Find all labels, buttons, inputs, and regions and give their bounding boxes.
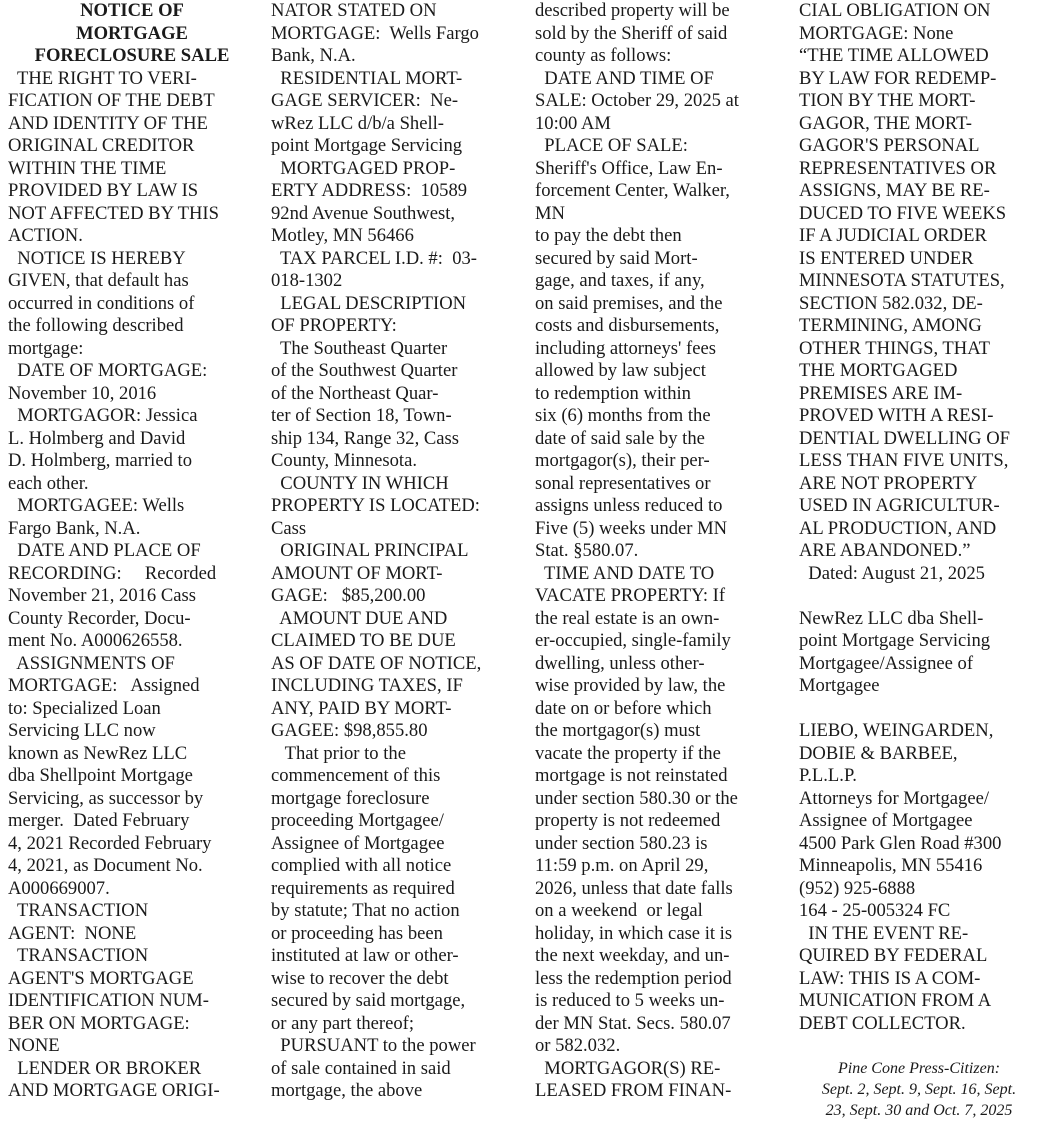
text-line: P.L.L.P.: [799, 765, 1039, 788]
text-line: known as NewRez LLC: [8, 743, 256, 766]
text-line: AGENT'S MORTGAGE: [8, 968, 256, 991]
text-line: ASSIGNMENTS OF: [8, 653, 256, 676]
text-line: Five (5) weeks under MN: [535, 518, 785, 541]
text-line: That prior to the: [271, 743, 521, 766]
text-line: QUIRED BY FEDERAL: [799, 945, 1039, 968]
text-line: 4, 2021, as Document No.: [8, 855, 256, 878]
text-line: Mortgagee: [799, 675, 1039, 698]
text-line: sold by the Sheriff of said: [535, 23, 785, 46]
text-line: RECORDING: Recorded: [8, 563, 256, 586]
text-line: NONE: [8, 1035, 256, 1058]
text-line: IDENTIFICATION NUM-: [8, 990, 256, 1013]
text-line: LEASED FROM FINAN-: [535, 1080, 785, 1103]
text-line: LESS THAN FIVE UNITS,: [799, 450, 1039, 473]
text-line: PLACE OF SALE:: [535, 135, 785, 158]
text-line: occurred in conditions of: [8, 293, 256, 316]
text-line: NOT AFFECTED BY THIS: [8, 203, 256, 226]
text-line: Minneapolis, MN 55416: [799, 855, 1039, 878]
text-line: ment No. A000626558.: [8, 630, 256, 653]
text-line: Dated: August 21, 2025: [799, 563, 1039, 586]
text-line: November 10, 2016: [8, 383, 256, 406]
text-line: CLAIMED TO BE DUE: [271, 630, 521, 653]
text-line: dwelling, unless other-: [535, 653, 785, 676]
text-line: property is not redeemed: [535, 810, 785, 833]
text-line: of sale contained in said: [271, 1058, 521, 1081]
text-line: including attorneys' fees: [535, 338, 785, 361]
text-line: TIME AND DATE TO: [535, 563, 785, 586]
text-line: TAX PARCEL I.D. #: 03-: [271, 248, 521, 271]
text-line: dba Shellpoint Mortgage: [8, 765, 256, 788]
text-line: DATE OF MORTGAGE:: [8, 360, 256, 383]
text-line: or proceeding has been: [271, 923, 521, 946]
text-line: DOBIE & BARBEE,: [799, 743, 1039, 766]
text-line: 11:59 p.m. on April 29,: [535, 855, 785, 878]
text-line: wRez LLC d/b/a Shell-: [271, 113, 521, 136]
text-line: GAGOR'S PERSONAL: [799, 135, 1039, 158]
text-line: 164 - 25-005324 FC: [799, 900, 1039, 923]
text-line: costs and disbursements,: [535, 315, 785, 338]
text-line: MORTGAGED PROP-: [271, 158, 521, 181]
text-line: mortgage is not reinstated: [535, 765, 785, 788]
column-2-text: NATOR STATED ONMORTGAGE: Wells FargoBank…: [271, 0, 521, 1103]
text-line: secured by said Mort-: [535, 248, 785, 271]
text-line: GAGOR, THE MORT-: [799, 113, 1039, 136]
title-line: MORTGAGE: [8, 23, 256, 46]
text-line: on a weekend or legal: [535, 900, 785, 923]
text-line: TERMINING, AMONG: [799, 315, 1039, 338]
text-line: BER ON MORTGAGE:: [8, 1013, 256, 1036]
text-line: point Mortgage Servicing: [271, 135, 521, 158]
text-line: ARE NOT PROPERTY: [799, 473, 1039, 496]
text-line: Fargo Bank, N.A.: [8, 518, 256, 541]
text-line: IF A JUDICIAL ORDER: [799, 225, 1039, 248]
text-line: to: Specialized Loan: [8, 698, 256, 721]
text-line: DATE AND PLACE OF: [8, 540, 256, 563]
text-line: of the Southwest Quarter: [271, 360, 521, 383]
text-line: the mortgagor(s) must: [535, 720, 785, 743]
text-line: FICATION OF THE DEBT: [8, 90, 256, 113]
text-line: sonal representatives or: [535, 473, 785, 496]
text-line: mortgage:: [8, 338, 256, 361]
text-line: WITHIN THE TIME: [8, 158, 256, 181]
text-line: MORTGAGEE: Wells: [8, 495, 256, 518]
text-line: assigns unless reduced to: [535, 495, 785, 518]
text-line: GAGE SERVICER: Ne-: [271, 90, 521, 113]
text-line: six (6) months from the: [535, 405, 785, 428]
text-line: LAW: THIS IS A COM-: [799, 968, 1039, 991]
text-line: under section 580.30 or the: [535, 788, 785, 811]
text-line: TRANSACTION: [8, 945, 256, 968]
text-line: TION BY THE MORT-: [799, 90, 1039, 113]
text-line: INCLUDING TAXES, IF: [271, 675, 521, 698]
text-line: Stat. §580.07.: [535, 540, 785, 563]
text-line: Servicing LLC now: [8, 720, 256, 743]
text-line: AND IDENTITY OF THE: [8, 113, 256, 136]
text-line: date of said sale by the: [535, 428, 785, 451]
text-line: vacate the property if the: [535, 743, 785, 766]
publication-line: Sept. 2, Sept. 9, Sept. 16, Sept.: [799, 1079, 1039, 1100]
text-line: Mortgagee/Assignee of: [799, 653, 1039, 676]
text-line: wise provided by law, the: [535, 675, 785, 698]
text-line: the real estate is an own-: [535, 608, 785, 631]
text-line: County Recorder, Docu-: [8, 608, 256, 631]
text-line: GAGE: $85,200.00: [271, 585, 521, 608]
text-line: 4, 2021 Recorded February: [8, 833, 256, 856]
text-line: Assignee of Mortgagee: [271, 833, 521, 856]
text-line: SECTION 582.032, DE-: [799, 293, 1039, 316]
text-line: commencement of this: [271, 765, 521, 788]
text-line: ORIGINAL CREDITOR: [8, 135, 256, 158]
text-line: MUNICATION FROM A: [799, 990, 1039, 1013]
text-line: LEGAL DESCRIPTION: [271, 293, 521, 316]
text-line: ship 134, Range 32, Cass: [271, 428, 521, 451]
text-line: merger. Dated February: [8, 810, 256, 833]
text-line: AMOUNT DUE AND: [271, 608, 521, 631]
text-line: THE MORTGAGED: [799, 360, 1039, 383]
text-line: gage, and taxes, if any,: [535, 270, 785, 293]
text-line: [799, 585, 1039, 608]
text-line: holiday, in which case it is: [535, 923, 785, 946]
text-line: TRANSACTION: [8, 900, 256, 923]
text-line: AS OF DATE OF NOTICE,: [271, 653, 521, 676]
text-line: NewRez LLC dba Shell-: [799, 608, 1039, 631]
text-line: NOTICE IS HEREBY: [8, 248, 256, 271]
text-line: ARE ABANDONED.”: [799, 540, 1039, 563]
text-line: or 582.032.: [535, 1035, 785, 1058]
text-line: county as follows:: [535, 45, 785, 68]
text-line: COUNTY IN WHICH: [271, 473, 521, 496]
text-line: LIEBO, WEINGARDEN,: [799, 720, 1039, 743]
text-line: GAGEE: $98,855.80: [271, 720, 521, 743]
text-line: 2026, unless that date falls: [535, 878, 785, 901]
title-line: FORECLOSURE SALE: [8, 45, 256, 68]
text-line: wise to recover the debt: [271, 968, 521, 991]
text-line: the next weekday, and un-: [535, 945, 785, 968]
text-line: forcement Center, Walker,: [535, 180, 785, 203]
text-line: to redemption within: [535, 383, 785, 406]
text-line: PROVIDED BY LAW IS: [8, 180, 256, 203]
text-line: DEBT COLLECTOR.: [799, 1013, 1039, 1036]
text-line: RESIDENTIAL MORT-: [271, 68, 521, 91]
text-line: Assignee of Mortgagee: [799, 810, 1039, 833]
text-line: by statute; That no action: [271, 900, 521, 923]
text-line: 92nd Avenue Southwest,: [271, 203, 521, 226]
text-line: (952) 925-6888: [799, 878, 1039, 901]
text-line: OTHER THINGS, THAT: [799, 338, 1039, 361]
text-line: ter of Section 18, Town-: [271, 405, 521, 428]
publication-line: Pine Cone Press-Citizen:: [799, 1058, 1039, 1079]
text-line: MORTGAGOR: Jessica: [8, 405, 256, 428]
text-line: [799, 698, 1039, 721]
text-line: PREMISES ARE IM-: [799, 383, 1039, 406]
text-line: under section 580.23 is: [535, 833, 785, 856]
text-line: LENDER OR BROKER: [8, 1058, 256, 1081]
column-3: described property will besold by the Sh…: [535, 0, 785, 1103]
text-line: “THE TIME ALLOWED: [799, 45, 1039, 68]
text-line: NATOR STATED ON: [271, 0, 521, 23]
text-line: SALE: October 29, 2025 at: [535, 90, 785, 113]
text-line: GIVEN, that default has: [8, 270, 256, 293]
text-line: A000669007.: [8, 878, 256, 901]
text-line: Sheriff's Office, Law En-: [535, 158, 785, 181]
legal-notice-page: NOTICE OF MORTGAGE FORECLOSURE SALE THE …: [0, 0, 1044, 1127]
text-line: AL PRODUCTION, AND: [799, 518, 1039, 541]
text-line: D. Holmberg, married to: [8, 450, 256, 473]
text-line: each other.: [8, 473, 256, 496]
text-line: Bank, N.A.: [271, 45, 521, 68]
text-line: MORTGAGE: Assigned: [8, 675, 256, 698]
text-line: on said premises, and the: [535, 293, 785, 316]
text-line: the following described: [8, 315, 256, 338]
text-line: DENTIAL DWELLING OF: [799, 428, 1039, 451]
text-line: mortgage foreclosure: [271, 788, 521, 811]
column-1-text: THE RIGHT TO VERI-FICATION OF THE DEBTAN…: [8, 68, 256, 1103]
text-line: mortgagor(s), their per-: [535, 450, 785, 473]
text-line: L. Holmberg and David: [8, 428, 256, 451]
text-line: MORTGAGOR(S) RE-: [535, 1058, 785, 1081]
title-line: NOTICE OF: [8, 0, 256, 23]
publication-info: Pine Cone Press-Citizen: Sept. 2, Sept. …: [799, 1058, 1039, 1121]
text-line: USED IN AGRICULTUR-: [799, 495, 1039, 518]
text-line: OF PROPERTY:: [271, 315, 521, 338]
text-line: DUCED TO FIVE WEEKS: [799, 203, 1039, 226]
text-line: MN: [535, 203, 785, 226]
text-line: IS ENTERED UNDER: [799, 248, 1039, 271]
text-line: complied with all notice: [271, 855, 521, 878]
text-line: Servicing, as successor by: [8, 788, 256, 811]
text-line: DATE AND TIME OF: [535, 68, 785, 91]
text-line: BY LAW FOR REDEMP-: [799, 68, 1039, 91]
text-line: 018-1302: [271, 270, 521, 293]
text-line: PURSUANT to the power: [271, 1035, 521, 1058]
text-line: mortgage, the above: [271, 1080, 521, 1103]
spacer: [799, 1035, 1039, 1058]
text-line: to pay the debt then: [535, 225, 785, 248]
text-line: der MN Stat. Secs. 580.07: [535, 1013, 785, 1036]
text-line: IN THE EVENT RE-: [799, 923, 1039, 946]
text-line: or any part thereof;: [271, 1013, 521, 1036]
text-line: described property will be: [535, 0, 785, 23]
text-line: is reduced to 5 weeks un-: [535, 990, 785, 1013]
text-line: proceeding Mortgagee/: [271, 810, 521, 833]
text-line: PROVED WITH A RESI-: [799, 405, 1039, 428]
text-line: MINNESOTA STATUTES,: [799, 270, 1039, 293]
column-1: NOTICE OF MORTGAGE FORECLOSURE SALE THE …: [8, 0, 256, 1103]
text-line: ASSIGNS, MAY BE RE-: [799, 180, 1039, 203]
column-4-text: CIAL OBLIGATION ONMORTGAGE: None“THE TIM…: [799, 0, 1039, 1035]
text-line: AMOUNT OF MORT-: [271, 563, 521, 586]
text-line: 10:00 AM: [535, 113, 785, 136]
text-line: Cass: [271, 518, 521, 541]
text-line: of the Northeast Quar-: [271, 383, 521, 406]
text-line: MORTGAGE: None: [799, 23, 1039, 46]
text-line: AND MORTGAGE ORIGI-: [8, 1080, 256, 1103]
text-line: VACATE PROPERTY: If: [535, 585, 785, 608]
text-line: ANY, PAID BY MORT-: [271, 698, 521, 721]
text-line: ERTY ADDRESS: 10589: [271, 180, 521, 203]
text-line: Attorneys for Mortgagee/: [799, 788, 1039, 811]
text-line: MORTGAGE: Wells Fargo: [271, 23, 521, 46]
text-line: THE RIGHT TO VERI-: [8, 68, 256, 91]
text-line: PROPERTY IS LOCATED:: [271, 495, 521, 518]
text-line: AGENT: NONE: [8, 923, 256, 946]
text-line: Motley, MN 56466: [271, 225, 521, 248]
column-2: NATOR STATED ONMORTGAGE: Wells FargoBank…: [271, 0, 521, 1103]
column-3-text: described property will besold by the Sh…: [535, 0, 785, 1103]
text-line: instituted at law or other-: [271, 945, 521, 968]
text-line: allowed by law subject: [535, 360, 785, 383]
publication-line: 23, Sept. 30 and Oct. 7, 2025: [799, 1100, 1039, 1121]
column-4: CIAL OBLIGATION ONMORTGAGE: None“THE TIM…: [799, 0, 1039, 1121]
text-line: County, Minnesota.: [271, 450, 521, 473]
text-line: November 21, 2016 Cass: [8, 585, 256, 608]
text-line: less the redemption period: [535, 968, 785, 991]
text-line: The Southeast Quarter: [271, 338, 521, 361]
text-line: REPRESENTATIVES OR: [799, 158, 1039, 181]
text-line: 4500 Park Glen Road #300: [799, 833, 1039, 856]
text-line: er-occupied, single-family: [535, 630, 785, 653]
text-line: requirements as required: [271, 878, 521, 901]
text-line: ACTION.: [8, 225, 256, 248]
notice-title: NOTICE OF MORTGAGE FORECLOSURE SALE: [8, 0, 256, 68]
text-line: ORIGINAL PRINCIPAL: [271, 540, 521, 563]
text-line: point Mortgage Servicing: [799, 630, 1039, 653]
text-line: date on or before which: [535, 698, 785, 721]
text-line: secured by said mortgage,: [271, 990, 521, 1013]
text-line: CIAL OBLIGATION ON: [799, 0, 1039, 23]
